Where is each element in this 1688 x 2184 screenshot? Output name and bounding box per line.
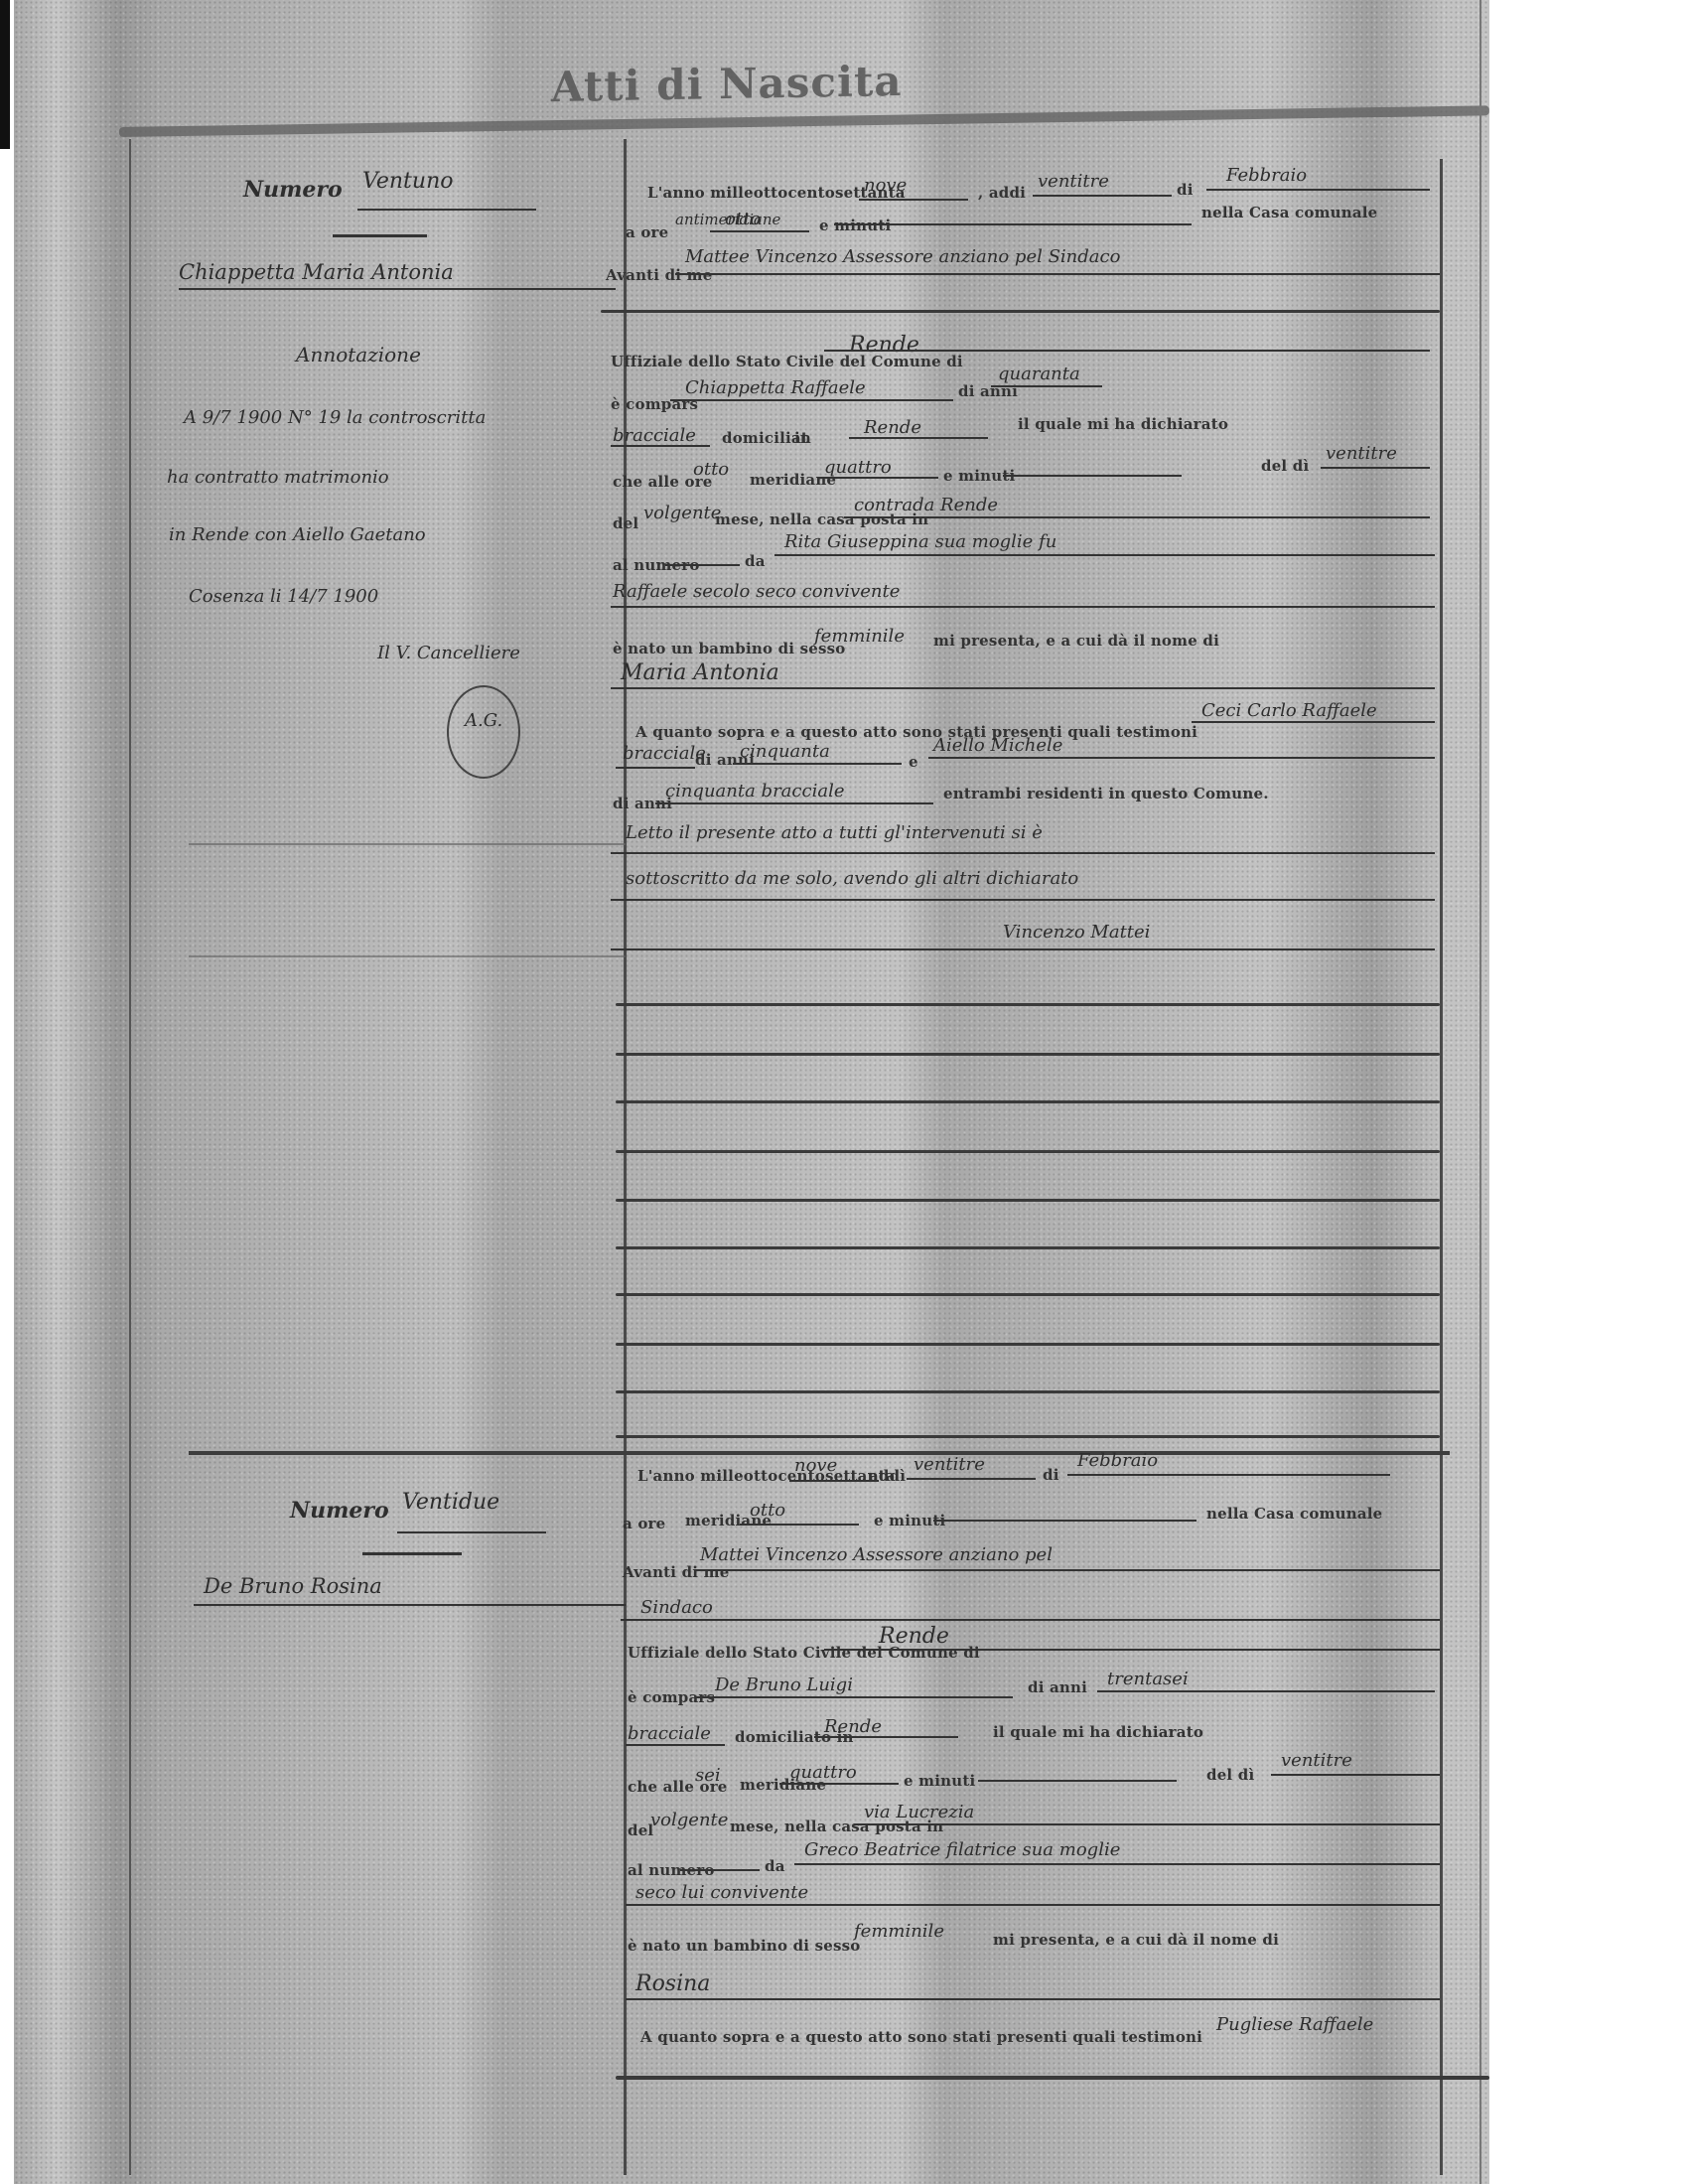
short-rule [333,234,427,237]
annotation-line: in Rende con Aiello Gaetano [169,524,426,545]
form-label: è nato un bambino di sesso [613,640,845,657]
fill-line [844,516,1430,518]
form-rule [616,1053,1440,1056]
witness1-age: cinquanta [740,741,830,762]
fill-line [819,477,938,479]
form-label: e minuti [819,217,891,234]
fill-line [991,385,1102,387]
form-rule [616,1293,1440,1296]
declarant-value: De Bruno Luigi [715,1674,853,1695]
witness1-profession: bracciale [623,743,706,764]
hour-number-value: quattro [789,1762,857,1783]
profession-value: bracciale [613,425,696,446]
fill-line [611,606,1435,608]
hour-value: sei [695,1765,721,1786]
fill-line [1271,1774,1440,1776]
closing-text: Letto il presente atto a tutti gl'interv… [626,822,1043,843]
page-edge [1479,0,1481,2184]
day-value: ventitre [914,1454,985,1475]
form-label: nella Casa comunale [1201,204,1377,221]
annotation-line: ha contratto matrimonio [167,467,389,488]
scan-edge-shadow [0,0,10,149]
fill-line [1321,467,1430,469]
form-label: a ore [626,223,668,241]
fill-line [611,948,1435,950]
fill-line [907,1478,1036,1480]
fill-line [774,554,1435,556]
annotation-heading: Annotazione [296,343,421,366]
initials-flourish [447,685,520,779]
fill-line [179,288,616,290]
fill-line [854,1823,1440,1825]
fill-line [1097,1690,1435,1692]
month-value: Febbraio [1077,1450,1158,1471]
form-label: e minuti [904,1772,975,1790]
fill-line [695,1569,1440,1571]
margin-rule [189,955,626,957]
fill-line [665,564,740,566]
age-value: trentasei [1107,1669,1189,1689]
short-rule [362,1552,462,1555]
witness1-value: Pugliese Raffaele [1216,2014,1373,2035]
year-value: nove [794,1455,837,1476]
comune-value: Rende [849,333,919,358]
age-value: quaranta [998,364,1080,384]
margin-child-name: De Bruno Rosina [204,1574,382,1598]
fill-line [824,1649,1440,1651]
fill-line [611,852,1435,854]
fill-line [794,1863,1440,1865]
form-label: e [909,753,918,771]
officer-value: Mattee Vincenzo Assessore anziano pel Si… [685,246,1120,267]
form-rule [616,1390,1440,1393]
place-value: Rende [824,1716,882,1737]
fill-line [1067,1474,1390,1476]
form-rule [616,1100,1440,1103]
fill-line [834,223,1192,225]
form-label: di anni [1028,1678,1087,1696]
address-value: contrada Rende [854,495,998,515]
hour-value: otto [693,459,729,480]
form-label: mi presenta, e a cui dà il nome di [933,632,1219,650]
fill-line [933,1520,1196,1522]
form-label: del dì [1261,457,1309,475]
form-label: è nato un bambino di sesso [628,1937,860,1955]
mother-value: Greco Beatrice filatrice sua moglie [804,1839,1120,1860]
fill-line [616,767,695,769]
annotation-line: Cosenza li 14/7 1900 [189,586,378,607]
hour-number-value: otto [725,209,761,229]
fill-line [680,1869,760,1871]
form-label: di [1043,1466,1059,1484]
fill-line [1206,189,1430,191]
form-label: mi presenta, e a cui dà il nome di [993,1931,1279,1949]
fill-line [626,1998,1440,2000]
fill-line [611,899,1435,901]
comune-value: Rende [879,1624,949,1649]
form-rule [601,310,1440,313]
margin-rule [189,843,626,845]
fill-line [978,1780,1177,1782]
fill-line [1003,475,1182,477]
form-rule [616,1435,1440,1438]
fill-line [675,273,1440,275]
month-value: volgente [643,503,721,523]
hour-number-value: otto [750,1500,785,1521]
form-label: addì [869,1467,906,1485]
form-label: in [794,429,811,447]
mother-cont-value: seco lui convivente [635,1882,808,1903]
fill-line [824,350,1430,352]
numero-value: Ventidue [402,1490,499,1515]
form-label: A quanto sopra e a questo atto sono stat… [640,2028,1202,2046]
address-value: via Lucrezia [864,1802,974,1822]
fill-line [789,1480,879,1482]
form-label: Avanti di me [606,266,712,284]
scanned-page: Atti di Nascita Numero Ventuno Chiappett… [0,0,1688,2184]
day-value: ventitre [1038,171,1109,192]
officer-value: Mattei Vincenzo Assessore anziano pel [700,1544,1053,1565]
child-name-value: Maria Antonia [621,660,779,685]
form-label: di [1177,181,1194,199]
annotation-initials: A.G. [465,710,502,731]
fill-line [626,1744,725,1746]
numero-value: Ventuno [362,169,453,194]
mother-cont-value: Raffaele secolo seco convivente [613,581,900,602]
fill-line [1192,721,1435,723]
form-label: del dì [1206,1766,1254,1784]
form-label: del [613,514,638,532]
fill-line [621,1619,1440,1621]
form-label: A quanto sopra e a questo atto sono stat… [635,723,1197,741]
numero-label: Numero [290,1498,389,1524]
fill-line [626,1904,1440,1906]
fill-line [611,687,1435,689]
witness2-value: Aiello Michele [933,735,1062,756]
page-title: Atti di Nascita [551,57,903,111]
annotation-line: A 9/7 1900 N° 19 la controscritta [184,407,486,428]
numero-label: Numero [243,177,343,203]
form-label: L'anno milleottocentosettanta [637,1467,896,1485]
form-label: il quale mi ha dichiarato [1018,415,1228,433]
fill-line [670,399,953,401]
form-label: il quale mi ha dichiarato [993,1723,1203,1741]
fill-line [194,1604,626,1606]
officer-cont-value: Sindaco [640,1597,713,1618]
fill-line [928,757,1435,759]
fill-line [655,802,933,804]
fill-line [397,1531,546,1533]
form-rule [616,1343,1440,1346]
month-value: volgente [650,1810,728,1830]
form-label: da [765,1857,785,1875]
mother-value: Rita Giuseppina sua moglie fu [784,531,1056,552]
form-label: a ore [623,1515,665,1532]
fill-line [859,199,968,201]
fill-line [710,230,809,232]
month-value: Febbraio [1226,165,1307,186]
day-value: ventitre [1326,443,1397,464]
form-rule [616,1246,1440,1249]
declarant-value: Chiappetta Raffaele [685,377,866,398]
annotation-signatory: Il V. Cancelliere [377,643,520,663]
form-rule [616,1199,1440,1202]
form-rule [616,1003,1440,1006]
form-label: , addi [978,184,1026,202]
form-rule [616,1150,1440,1153]
margin-child-name: Chiappetta Maria Antonia [179,260,454,284]
officer-signature: Vincenzo Mattei [1003,922,1150,943]
form-label: entrambi residenti in questo Comune. [943,785,1269,802]
witness2-age: cinquanta bracciale [665,781,844,801]
hour-number-value: quattro [824,457,892,478]
fill-line [695,1696,1013,1698]
fill-line [849,437,988,439]
closing-text: sottoscritto da me solo, avendo gli altr… [626,868,1078,889]
fill-line [779,1783,899,1785]
fill-line [814,1736,958,1738]
form-label: da [745,552,766,570]
day-value: ventitre [1281,1750,1352,1771]
fill-line [611,445,710,447]
child-name-value: Rosina [635,1971,710,1996]
fill-line [733,763,902,765]
form-label: Avanti di me [623,1563,729,1581]
fill-line [740,1524,859,1526]
place-value: Rende [864,417,921,438]
witness1-value: Ceci Carlo Raffaele [1201,700,1377,721]
right-border [1440,159,1443,2175]
profession-value: bracciale [628,1723,711,1744]
form-label: nella Casa comunale [1206,1505,1382,1523]
year-value: nove [864,175,907,196]
form-rule [616,2076,1489,2080]
fill-line [357,209,536,211]
fill-line [1033,195,1172,197]
